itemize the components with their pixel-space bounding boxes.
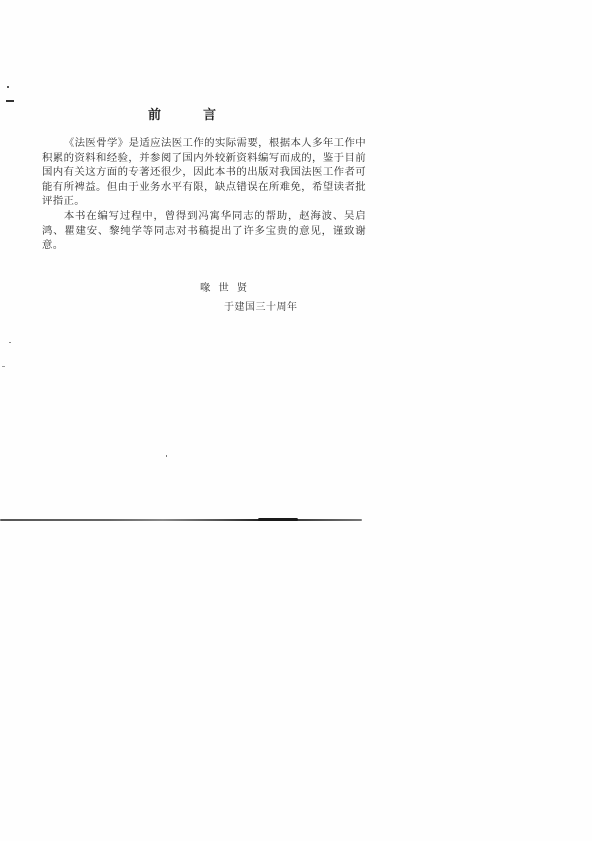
scan-mark <box>166 455 167 457</box>
paragraph-2: 本书在编写过程中，曾得到冯寓华同志的帮助，赵海波、吴启鸿、瞿建安、黎纯学等同志对… <box>42 209 366 253</box>
page-edge-rule-shadow <box>258 518 298 521</box>
title-char-2: 言 <box>203 104 216 123</box>
paragraph-1: 《法医骨学》是适应法医工作的实际需要，根据本人多年工作中积累的资料和经验，并参阅… <box>42 136 366 209</box>
scan-mark <box>9 342 11 343</box>
page-edge-rule <box>0 519 362 521</box>
preface-body: 《法医骨学》是适应法医工作的实际需要，根据本人多年工作中积累的资料和经验，并参阅… <box>42 136 366 253</box>
title-char-1: 前 <box>148 104 161 123</box>
scan-mark <box>7 86 9 88</box>
scan-mark <box>6 100 14 102</box>
date-line: 于建国三十周年 <box>224 298 298 313</box>
scan-mark <box>2 366 5 367</box>
author-signature: 喙世贤 <box>200 279 255 294</box>
document-page: 前 言 《法医骨学》是适应法医工作的实际需要，根据本人多年工作中积累的资料和经验… <box>0 0 592 841</box>
